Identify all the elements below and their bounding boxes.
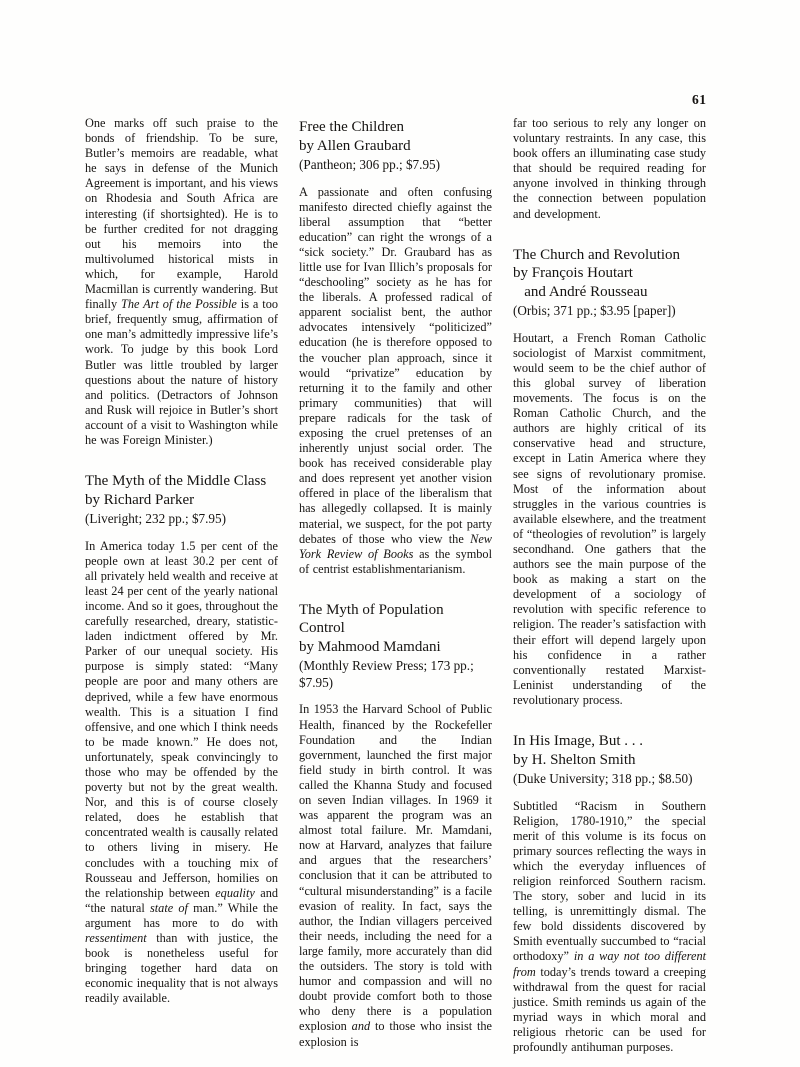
review-paragraph: In America today 1.5 per cent of the peo… bbox=[85, 539, 278, 1007]
publisher-info: (Duke University; 318 pp.; $8.50) bbox=[513, 771, 706, 788]
book-author: by François Houtart bbox=[513, 264, 706, 283]
book-title: The Church and Revolution bbox=[513, 246, 706, 265]
book-title: The Myth of Population Control bbox=[299, 601, 492, 638]
review-header: Free the Childrenby Allen Graubard(Panth… bbox=[299, 118, 492, 174]
book-author: by Allen Graubard bbox=[299, 137, 492, 156]
publisher-info: (Pantheon; 306 pp.; $7.95) bbox=[299, 157, 492, 174]
column-1: One marks off such praise to the bonds o… bbox=[85, 116, 278, 1055]
book-title: Free the Children bbox=[299, 118, 492, 137]
review-header: The Church and Revolutionby François Hou… bbox=[513, 246, 706, 320]
review-paragraph: A passionate and often confusing manifes… bbox=[299, 185, 492, 577]
review-paragraph: far too serious to rely any longer on vo… bbox=[513, 116, 706, 222]
review-paragraph: Subtitled “Racism in Southern Religion, … bbox=[513, 799, 706, 1056]
review-header: The Myth of the Middle Classby Richard P… bbox=[85, 472, 278, 528]
scanned-review-page: 61 One marks off such praise to the bond… bbox=[0, 0, 800, 1067]
book-author: and André Rousseau bbox=[513, 283, 706, 302]
book-title: The Myth of the Middle Class bbox=[85, 472, 278, 491]
book-author: by Richard Parker bbox=[85, 491, 278, 510]
book-title: In His Image, But . . . bbox=[513, 732, 706, 751]
text-columns: One marks off such praise to the bonds o… bbox=[85, 116, 707, 1055]
review-paragraph: Houtart, a French Roman Catholic sociolo… bbox=[513, 331, 706, 708]
publisher-info: (Orbis; 371 pp.; $3.95 [paper]) bbox=[513, 303, 706, 320]
review-paragraph: In 1953 the Harvard School of Public Hea… bbox=[299, 702, 492, 1049]
publisher-info: (Liveright; 232 pp.; $7.95) bbox=[85, 511, 278, 528]
book-author: by H. Shelton Smith bbox=[513, 751, 706, 770]
book-author: by Mahmood Mamdani bbox=[299, 638, 492, 657]
publisher-info: (Monthly Review Press; 173 pp.; $7.95) bbox=[299, 658, 492, 691]
page-number: 61 bbox=[692, 92, 707, 108]
column-3: far too serious to rely any longer on vo… bbox=[513, 116, 706, 1055]
review-header: The Myth of Population Controlby Mahmood… bbox=[299, 601, 492, 692]
review-header: In His Image, But . . .by H. Shelton Smi… bbox=[513, 732, 706, 788]
review-paragraph: One marks off such praise to the bonds o… bbox=[85, 116, 278, 448]
column-2: Free the Childrenby Allen Graubard(Panth… bbox=[299, 116, 492, 1055]
